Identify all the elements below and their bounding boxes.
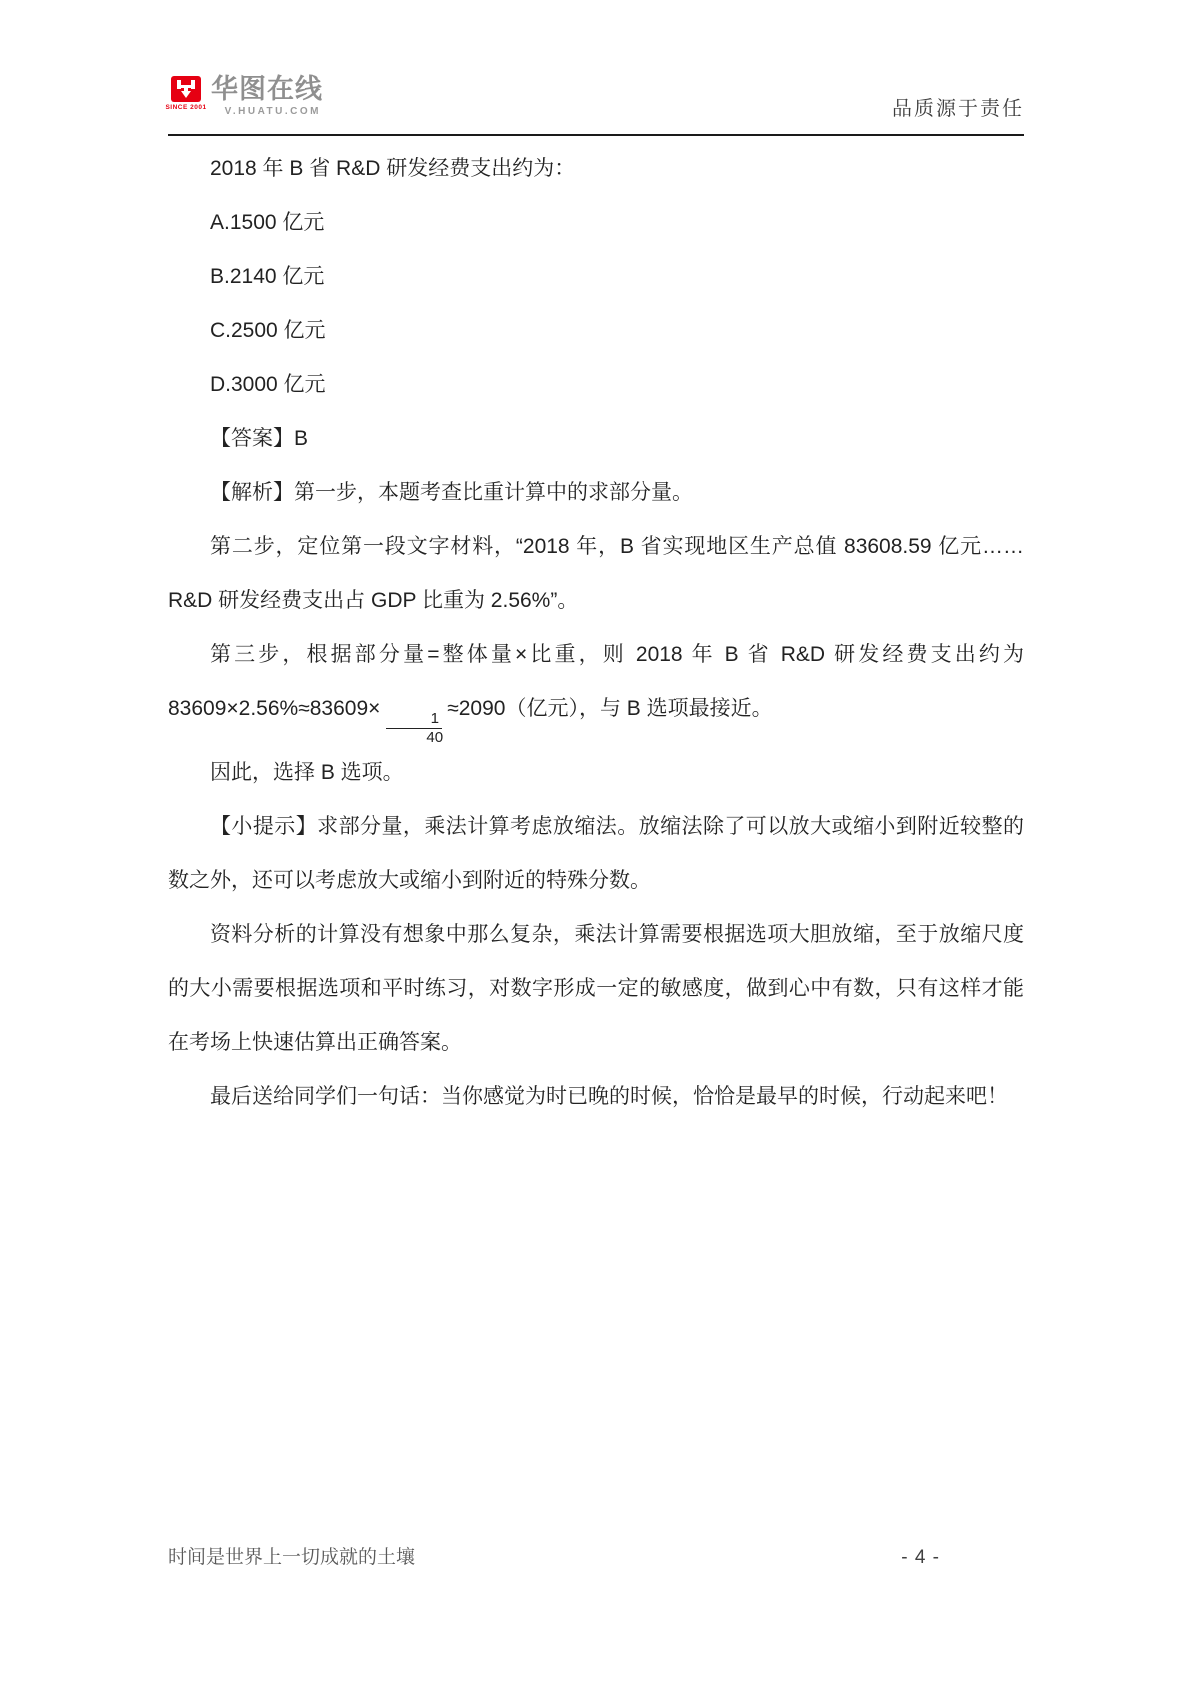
page-footer: 时间是世界上一切成就的土壤 - 4 - [168,1542,1024,1569]
analysis-step3-post: ≈2090（亿元），与 B 选项最接近。 [447,697,772,720]
fraction-one-fortieth: 140 [381,710,446,746]
huatu-logo-mark-icon [171,76,201,102]
option-c: C.2500 亿元 [168,304,1024,358]
option-b: B.2140 亿元 [168,250,1024,304]
document-page: SINCE 2001 华图在线 V.HUATU.COM 品质源于责任 2018 … [0,0,1191,1684]
footer-motto: 时间是世界上一切成就的土壤 [168,1542,415,1569]
page-header: SINCE 2001 华图在线 V.HUATU.COM 品质源于责任 [168,76,1024,121]
logo-text-block: 华图在线 V.HUATU.COM [211,76,323,117]
question-stem: 2018 年 B 省 R&D 研发经费支出约为： [168,142,1024,196]
fraction-numerator: 1 [386,710,442,728]
option-a: A.1500 亿元 [168,196,1024,250]
brand-name: 华图在线 [211,76,323,103]
brand-domain: V.HUATU.COM [211,106,323,117]
analysis-tip: 【小提示】求部分量，乘法计算考虑放缩法。放缩法除了可以放大或缩小到附近较整的数之… [168,800,1024,908]
analysis-step1: 【解析】第一步，本题考查比重计算中的求部分量。 [168,466,1024,520]
header-divider [168,134,1024,136]
huatu-logo: SINCE 2001 华图在线 V.HUATU.COM [168,76,323,117]
header-tagline: 品质源于责任 [892,92,1024,121]
analysis-note: 资料分析的计算没有想象中那么复杂，乘法计算需要根据选项大胆放缩，至于放缩尺度的大… [168,908,1024,1070]
answer-line: 【答案】B [168,412,1024,466]
page-number: - 4 - [901,1547,940,1569]
option-d: D.3000 亿元 [168,358,1024,412]
analysis-closing: 最后送给同学们一句话：当你感觉为时已晚的时候，恰恰是最早的时候，行动起来吧！ [168,1070,1024,1124]
fraction-denominator: 40 [381,729,446,746]
analysis-step2: 第二步，定位第一段文字材料，“2018 年，B 省实现地区生产总值 83608.… [168,520,1024,628]
huatu-logo-mark-wrap: SINCE 2001 [168,76,204,111]
analysis-conclusion: 因此，选择 B 选项。 [168,746,1024,800]
analysis-step3: 第三步，根据部分量=整体量×比重，则 2018 年 B 省 R&D 研发经费支出… [168,628,1024,746]
logo-since-label: SINCE 2001 [165,104,206,111]
question-content: 2018 年 B 省 R&D 研发经费支出约为： A.1500 亿元 B.214… [168,142,1024,1124]
